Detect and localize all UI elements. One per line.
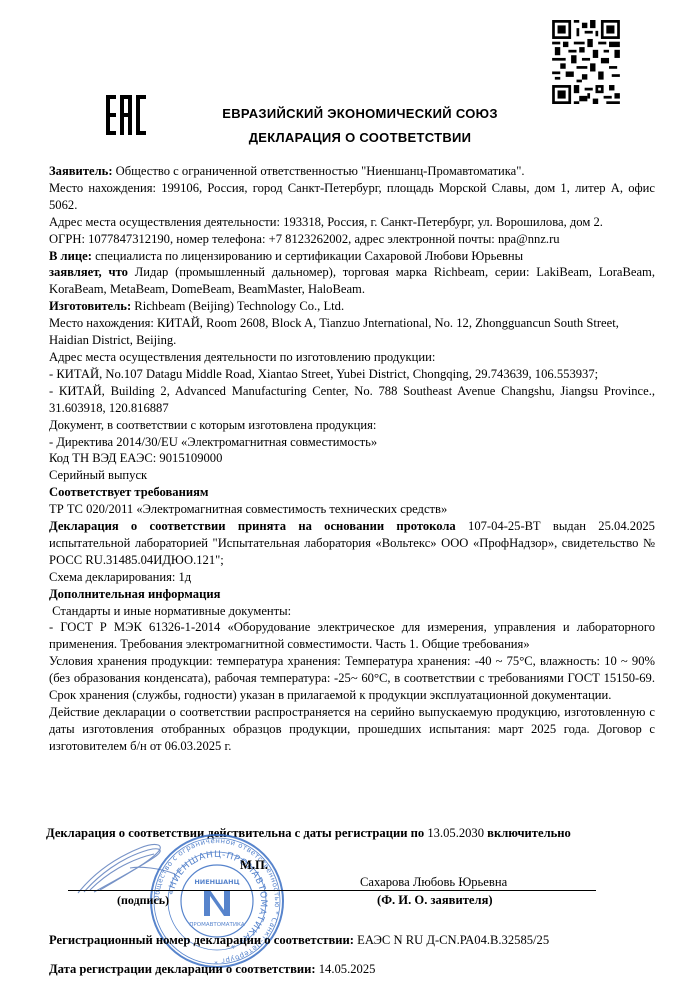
basis-label: Декларация о соответствии принята на осн… (49, 519, 456, 533)
seal-place-label: М.П. (240, 858, 268, 873)
declaration-page: ЕВРАЗИЙСКИЙ ЭКОНОМИЧЕСКИЙ СОЮЗ ДЕКЛАРАЦИ… (0, 0, 677, 998)
manufacturer-location: Место нахождения: КИТАЙ, Room 2608, Bloc… (49, 315, 655, 349)
name-line (304, 890, 596, 891)
registration-number-line: Регистрационный номер декларации о соотв… (49, 933, 549, 948)
applicant-activity-address: Адрес места осуществления деятельности: … (49, 214, 655, 231)
declares-text: Лидар (промышленный дальномер), торговая… (49, 265, 655, 296)
registration-number: ЕАЭС N RU Д-CN.РА04.В.32585/25 (354, 933, 549, 947)
standards-value: - ГОСТ Р МЭК 61326-1-2014 «Оборудование … (49, 619, 655, 653)
signature-label: (подпись) (117, 893, 169, 908)
svg-text:НИЕНШАНЦ: НИЕНШАНЦ (194, 878, 239, 886)
svg-text:ПРОМАВТОМАТИКА: ПРОМАВТОМАТИКА (189, 922, 245, 928)
conformity-label: Соответствует требованиям (49, 484, 655, 501)
registration-number-label: Регистрационный номер декларации о соотв… (49, 933, 354, 947)
release-type: Серийный выпуск (49, 467, 655, 484)
storage-conditions: Условия хранения продукции: температура … (49, 653, 655, 704)
production-doc-label: Документ, в соответствии с которым изгот… (49, 417, 655, 434)
eac-logo-icon (105, 94, 147, 136)
document-title: ДЕКЛАРАЦИЯ О СООТВЕТСТВИИ (150, 130, 570, 145)
production-doc-value: - Директива 2014/30/EU «Электромагнитная… (49, 434, 655, 451)
validity-suffix: включительно (487, 826, 571, 840)
person-label: В лице: (49, 249, 92, 263)
declaration-body: Заявитель: Общество с ограниченной ответ… (49, 163, 655, 755)
union-title: ЕВРАЗИЙСКИЙ ЭКОНОМИЧЕСКИЙ СОЮЗ (150, 106, 570, 121)
declares-line: заявляет, что Лидар (промышленный дально… (49, 264, 655, 298)
declares-label: заявляет, что (49, 265, 128, 279)
signature-line (68, 890, 304, 891)
applicant-label: Заявитель: (49, 164, 113, 178)
tn-ved-code: Код ТН ВЭД ЕАЭС: 9015109000 (49, 450, 655, 467)
person-value: специалиста по лицензированию и сертифик… (92, 249, 523, 263)
production-address-label: Адрес места осуществления деятельности п… (49, 349, 655, 366)
applicant-name: Общество с ограниченной ответственностью… (113, 164, 525, 178)
registration-date-line: Дата регистрации декларации о соответств… (49, 962, 375, 977)
manufacturer-name: Richbeam (Beijing) Technology Co., Ltd. (131, 299, 344, 313)
registration-date-label: Дата регистрации декларации о соответств… (49, 962, 316, 976)
applicant-contacts: ОГРН: 1077847312190, номер телефона: +7 … (49, 231, 655, 248)
declaration-scope: Действие декларации о соответствии распр… (49, 704, 655, 755)
standards-label: Стандарты и иные нормативные документы: (49, 603, 655, 620)
declaration-scheme: Схема декларирования: 1д (49, 569, 655, 586)
additional-info-label: Дополнительная информация (49, 586, 655, 603)
qr-code-icon (552, 20, 620, 104)
person-line: В лице: специалиста по лицензированию и … (49, 248, 655, 265)
applicant-signatory-name: Сахарова Любовь Юрьевна (360, 875, 507, 890)
production-site-1: - КИТАЙ, No.107 Datagu Middle Road, Xian… (49, 366, 655, 383)
basis-line: Декларация о соответствии принята на осн… (49, 518, 655, 569)
validity-date: 13.05.2030 (424, 826, 487, 840)
production-site-2: - КИТАЙ, Building 2, Advanced Manufactur… (49, 383, 655, 417)
applicant-location: Место нахождения: 199106, Россия, город … (49, 180, 655, 214)
fio-label: (Ф. И. О. заявителя) (377, 893, 493, 908)
manufacturer-label: Изготовитель: (49, 299, 131, 313)
applicant-line: Заявитель: Общество с ограниченной ответ… (49, 163, 655, 180)
conformity-value: ТР ТС 020/2011 «Электромагнитная совмест… (49, 501, 655, 518)
manufacturer-line: Изготовитель: Richbeam (Beijing) Technol… (49, 298, 655, 315)
registration-date: 14.05.2025 (316, 962, 376, 976)
